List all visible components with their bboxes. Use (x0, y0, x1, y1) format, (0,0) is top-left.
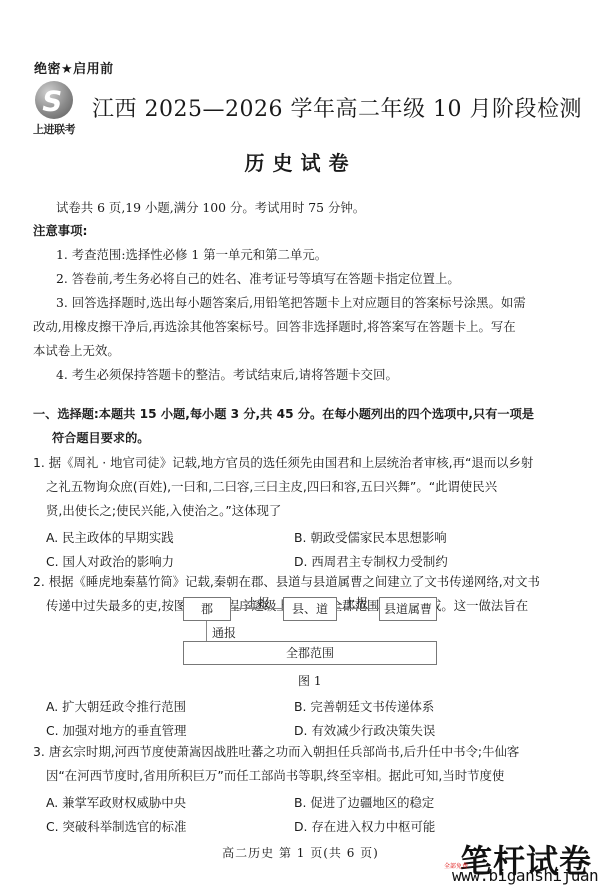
watermark-url: www.biganshijuan.com (452, 866, 601, 885)
note-item-3: 3. 回答选择题时,选出每小题答案后,用铅笔把答题卡上对应题目的答案标号涂黑。如… (56, 291, 526, 315)
exam-info: 试卷共 6 页,19 小题,满分 100 分。考试用时 75 分钟。 (56, 196, 365, 220)
subject-title: 历史试卷 (0, 147, 601, 176)
box-shu-cao: 县道属曹 (379, 597, 437, 621)
question-2-option-d[interactable]: D. 有效减少行政决策失误 (294, 721, 435, 739)
question-2-option-c[interactable]: C. 加强对地方的垂直管理 (46, 721, 186, 739)
question-1-line-3: 贤,出使长之;使民兴能,入使治之。”这体现了 (46, 499, 281, 523)
logo-text: 上进联考 (26, 121, 82, 137)
question-1-line-1: 1. 据《周礼 · 地官司徒》记载,地方官员的选任须先由国君和上层统治者审核,再… (33, 451, 533, 475)
question-3-option-d[interactable]: D. 存在进入权力中枢可能 (294, 817, 435, 835)
section-heading: 一、选择题:本题共 15 小题,每小题 3 分,共 45 分。在每小题列出的四个… (33, 402, 534, 426)
label-notify: 通报 (212, 624, 236, 641)
box-xian-dao: 县、道 (283, 597, 337, 621)
section-heading-cont: 符合题目要求的。 (52, 426, 150, 450)
question-1-option-c[interactable]: C. 国人对政治的影响力 (46, 552, 174, 570)
question-1-line-2: 之礼五物询众庶(百姓),一曰和,二曰容,三曰主皮,四曰和容,五曰兴舞”。“此谓使… (46, 475, 497, 499)
question-2-option-a[interactable]: A. 扩大朝廷政令推行范围 (46, 697, 186, 715)
question-3-option-b[interactable]: B. 促进了边疆地区的稳定 (294, 793, 434, 811)
box-whole-jun: 全郡范围 (183, 641, 437, 665)
question-2-line-1: 2. 根据《睡虎地秦墓竹简》记载,秦朝在郡、县道与县道属曹之间建立了文书传递网络… (33, 570, 540, 594)
label-report-up-2: 上报 (344, 594, 368, 611)
label-report-up-1: 上报 (246, 594, 270, 611)
question-2-option-b[interactable]: B. 完善朝廷文书传递体系 (294, 697, 434, 715)
question-3-line-1: 3. 唐玄宗时期,河西节度使萧嵩因战胜吐蕃之功而入朝担任兵部尚书,后升任中书令;… (33, 740, 519, 764)
notes-heading: 注意事项: (33, 219, 88, 243)
confidential-label: 绝密★启用前 (34, 58, 114, 77)
connector-jun-whole (206, 621, 207, 641)
note-item-2: 2. 答卷前,考生务必将自己的姓名、准考证号等填写在答题卡指定位置上。 (56, 267, 460, 291)
note-item-4: 4. 考生必须保持答题卡的整洁。考试结束后,请将答题卡交回。 (56, 363, 398, 387)
box-jun: 郡 (183, 597, 231, 621)
note-item-1: 1. 考查范围:选择性必修 1 第一单元和第二单元。 (56, 243, 327, 267)
exam-main-title: 江西 2025—2026 学年高二年级 10 月阶段检测 (92, 92, 582, 123)
note-item-3-cont2: 本试卷上无效。 (33, 339, 120, 363)
question-3-option-a[interactable]: A. 兼掌军政财权威胁中央 (46, 793, 186, 811)
question-3-line-2: 因“在河西节度时,省用所积巨万”而任工部尚书等职,终至宰相。据此可知,当时节度使 (46, 764, 504, 788)
question-3-option-c[interactable]: C. 突破科举制选官的标准 (46, 817, 186, 835)
question-1-option-d[interactable]: D. 西周君主专制权力受制约 (294, 552, 448, 570)
question-1-option-b[interactable]: B. 朝政受儒家民本思想影响 (294, 528, 447, 546)
note-item-3-cont: 改动,用橡皮擦干净后,再选涂其他答案标号。回答非选择题时,将答案写在答题卡上。写… (33, 315, 516, 339)
figure-1-caption: 图 1 (298, 672, 321, 689)
question-1-option-a[interactable]: A. 民主政体的早期实践 (46, 528, 174, 546)
exam-logo: S 上进联考 (26, 81, 82, 139)
